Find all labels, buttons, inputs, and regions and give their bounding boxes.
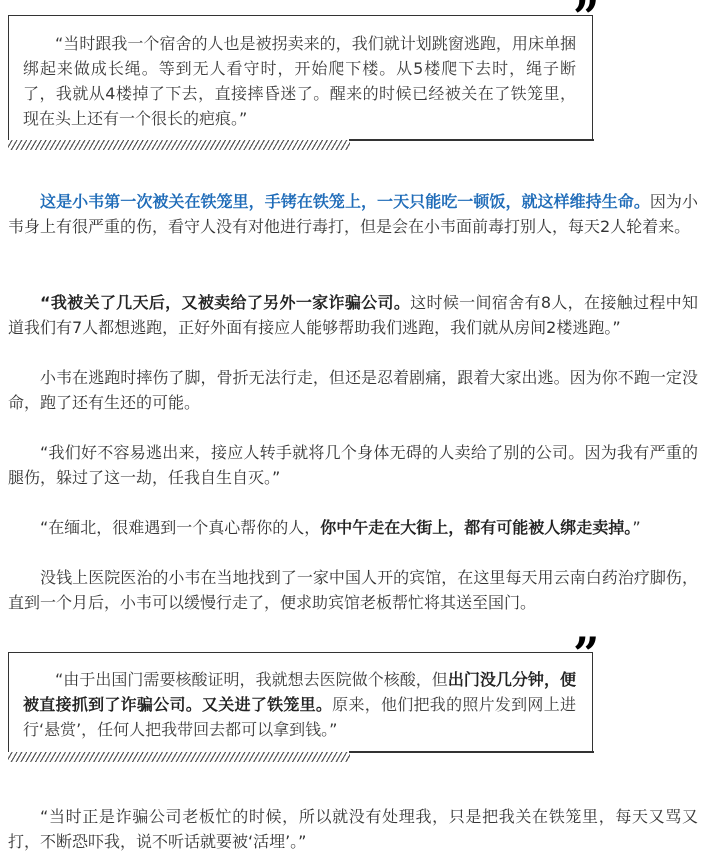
paragraph-5-end: ”: [632, 518, 640, 537]
paragraph-2: “我被关了几天后，又被卖给了另外一家诈骗公司。这时候一间宿舍有8人，在接触过程中…: [8, 290, 698, 340]
paragraph-7-text: “当时正是诈骗公司老板忙的时候，所以就没有处理我，只是把我关在铁笼里，每天又骂又…: [8, 807, 698, 851]
highlight-sentence: 这是小韦第一次被关在铁笼里，手铐在铁笼上，一天只能吃一顿饭，就这样维持生命。: [40, 192, 650, 211]
paragraph-5: “在缅北，很难遇到一个真心帮你的人，你中午走在大街上，都有可能被人绑走卖掉。”: [8, 515, 698, 540]
bottom-border-line: [349, 751, 594, 753]
paragraph-5-text: “在缅北，很难遇到一个真心帮你的人，: [40, 518, 320, 537]
paragraph-3-text: 小韦在逃跑时摔伤了脚，骨折无法行走，但还是忍着剧痛，跟着大家出逃。因为你不跑一定…: [8, 368, 698, 412]
hatch-decoration: [9, 752, 592, 762]
paragraph-6-text: 没钱上医院医治的小韦在当地找到了一家中国人开的宾馆，在这里每天用云南白药治疗脚伤…: [8, 568, 698, 612]
paragraph-1: 这是小韦第一次被关在铁笼里，手铐在铁笼上，一天只能吃一顿饭，就这样维持生命。因为…: [8, 189, 698, 239]
hatch-decoration: [9, 140, 592, 150]
quote-box-2-text: “由于出国门需要核酸证明，我就想去医院做个核酸，但出门没几分钟，便被直接抓到了诈…: [9, 653, 592, 742]
quote-box-2: “由于出国门需要核酸证明，我就想去医院做个核酸，但出门没几分钟，便被直接抓到了诈…: [8, 652, 593, 752]
quote-box-2-text-1: “由于出国门需要核酸证明，我就想去医院做个核酸，但: [55, 670, 448, 689]
close-quote-icon: ”: [573, 631, 599, 677]
quote-box-1-text: “当时跟我一个宿舍的人也是被拐卖来的，我们就计划跳窗逃跑，用床单捆绑起来做成长绳…: [9, 16, 592, 131]
hatch-pattern: [8, 752, 350, 762]
paragraph-4: “我们好不容易逃出来，接应人转手就将几个身体无碍的人卖给了别的公司。因为我有严重…: [8, 440, 698, 490]
bold-sentence: “我被关了几天后，又被卖给了另外一家诈骗公司。: [40, 293, 410, 312]
paragraph-6: 没钱上医院医治的小韦在当地找到了一家中国人开的宾馆，在这里每天用云南白药治疗脚伤…: [8, 565, 698, 615]
bold-sentence: 你中午走在大街上，都有可能被人绑走卖掉。: [320, 518, 632, 537]
close-quote-icon: ”: [573, 0, 599, 40]
paragraph-4-text: “我们好不容易逃出来，接应人转手就将几个身体无碍的人卖给了别的公司。因为我有严重…: [8, 443, 698, 487]
bottom-border-line: [349, 139, 594, 141]
paragraph-3: 小韦在逃跑时摔伤了脚，骨折无法行走，但还是忍着剧痛，跟着大家出逃。因为你不跑一定…: [8, 365, 698, 415]
hatch-pattern: [8, 140, 350, 150]
paragraph-7: “当时正是诈骗公司老板忙的时候，所以就没有处理我，只是把我关在铁笼里，每天又骂又…: [8, 804, 698, 854]
quote-box-1: “当时跟我一个宿舍的人也是被拐卖来的，我们就计划跳窗逃跑，用床单捆绑起来做成长绳…: [8, 15, 593, 140]
